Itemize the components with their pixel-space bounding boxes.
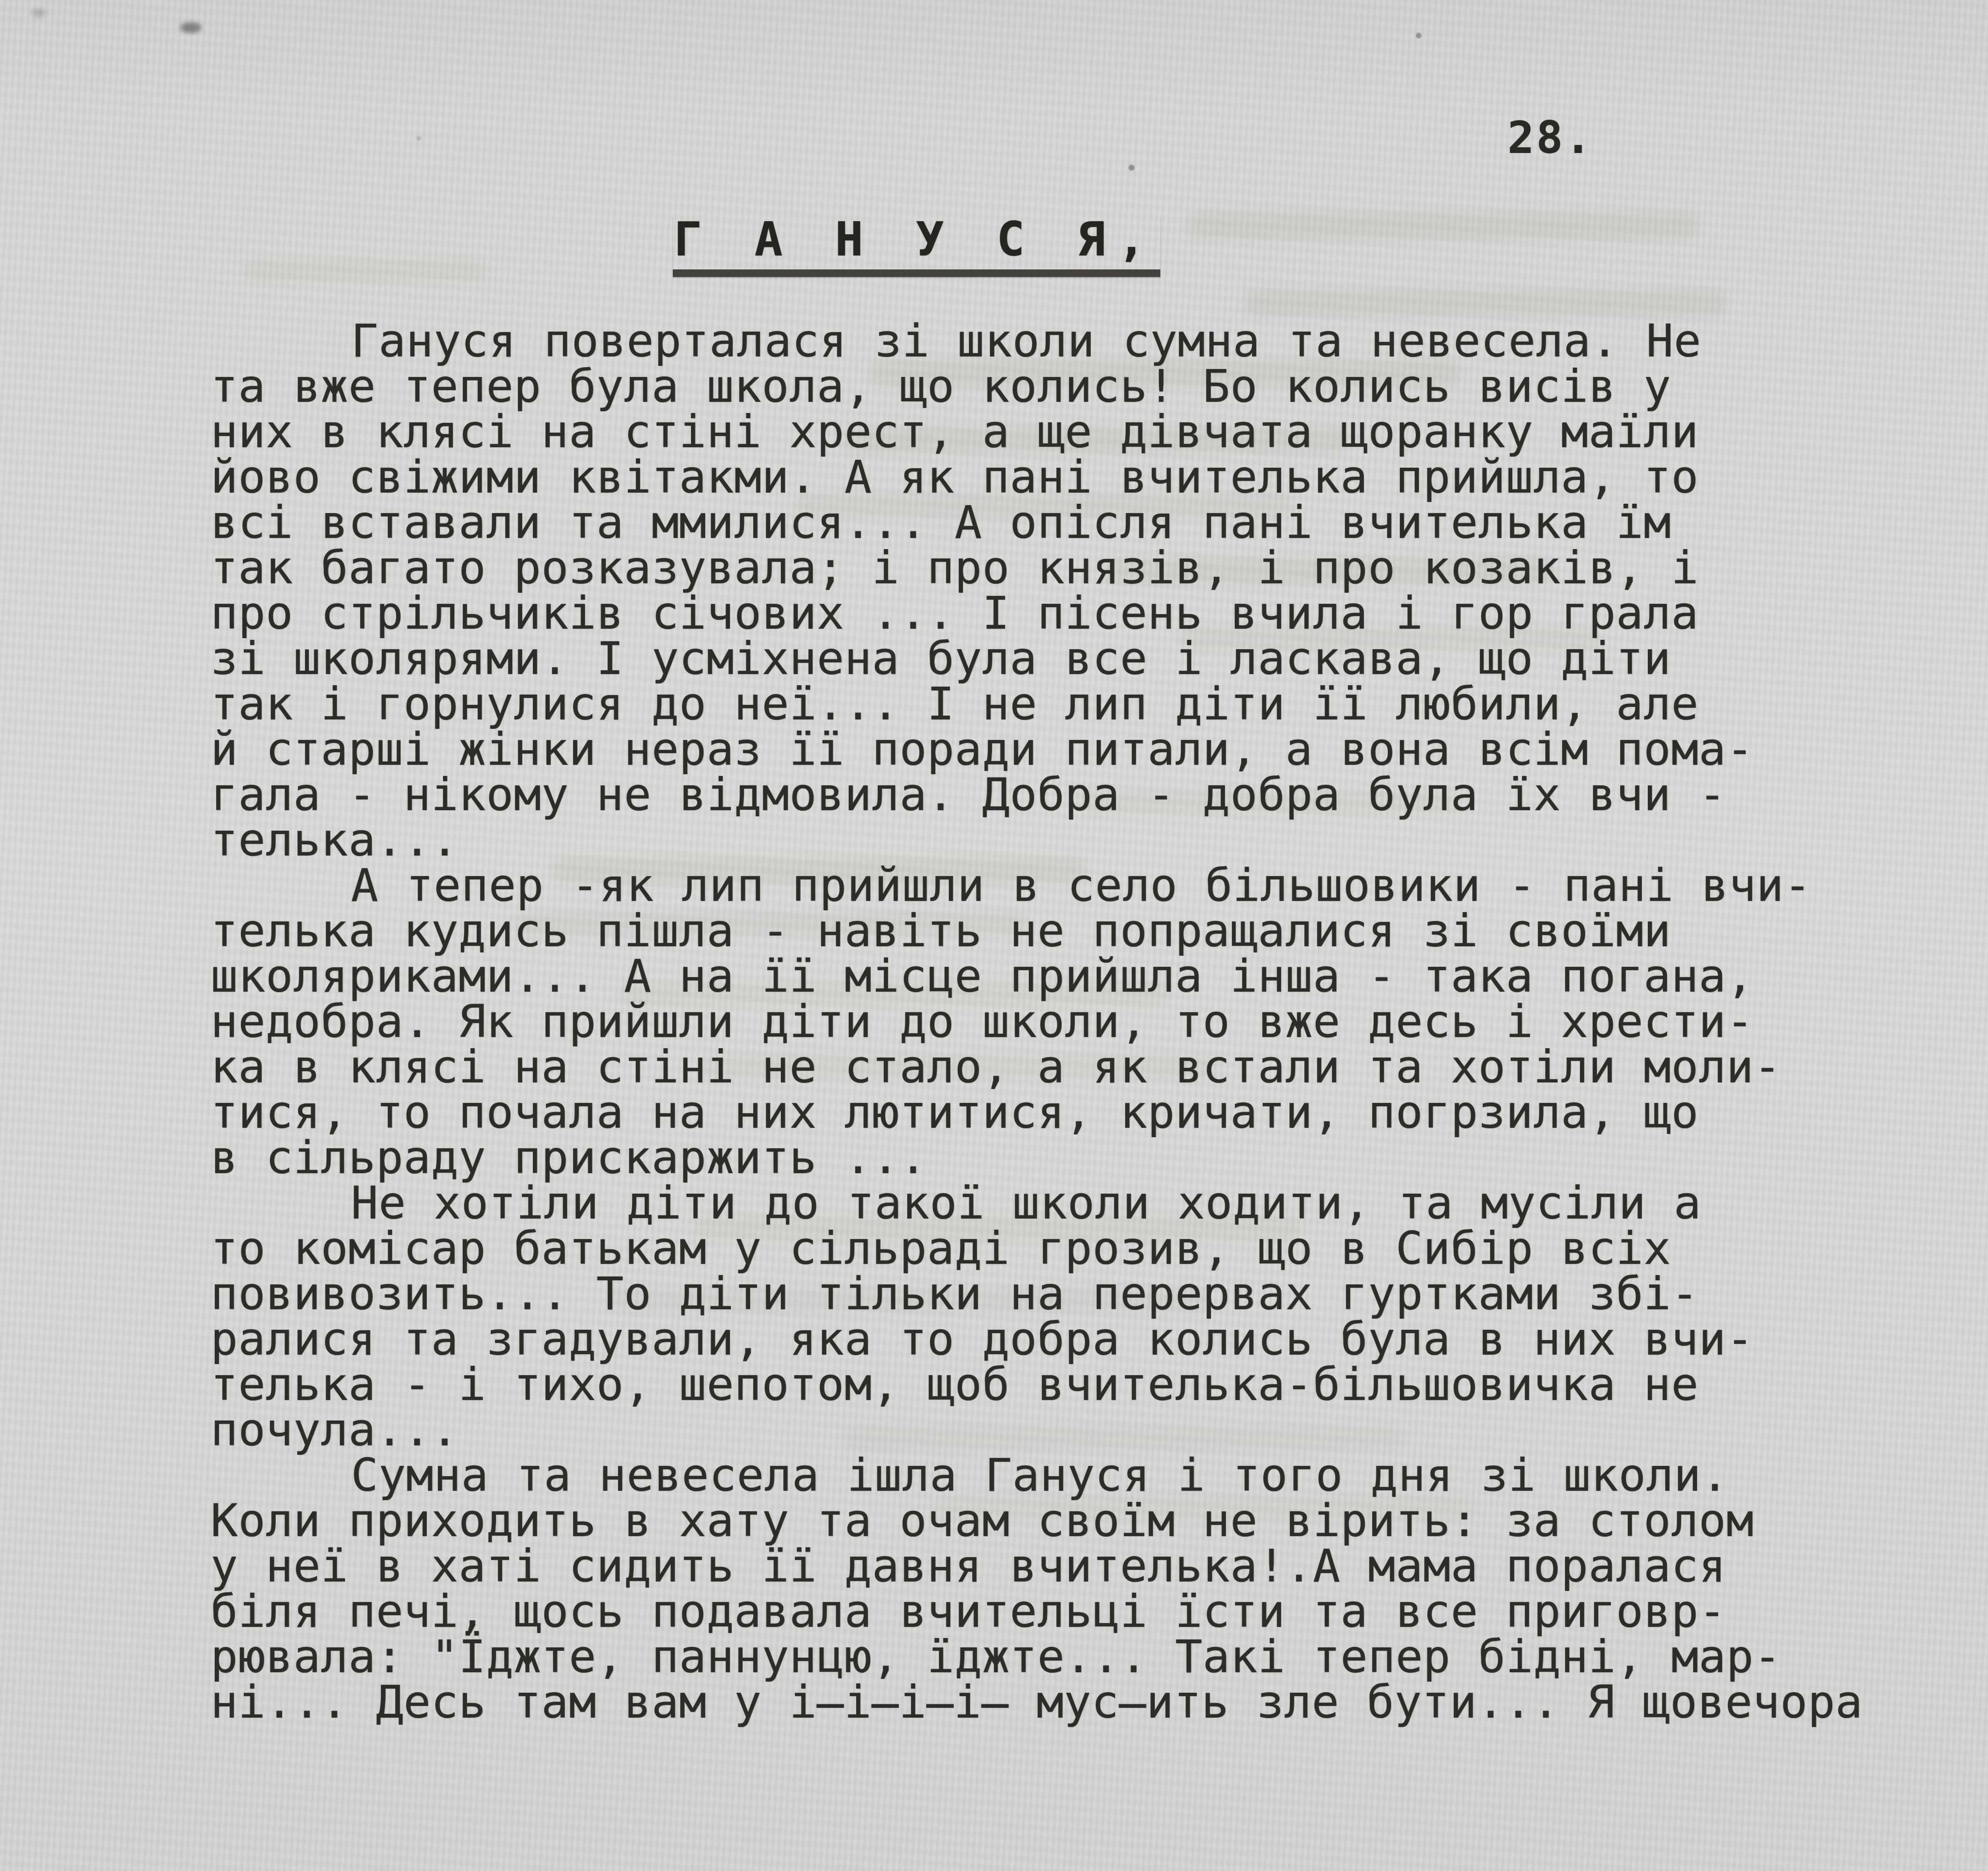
- text-line: у неї в хаті сидить її давня вчителька!.…: [211, 1543, 1876, 1588]
- text-line: ралися та згадували, яка то добра колись…: [211, 1316, 1876, 1362]
- bleedthrough-smudge: [1245, 290, 1726, 316]
- text-line: в сільраду прискаржить ...: [211, 1135, 1876, 1180]
- ink-speck: [416, 137, 421, 140]
- paragraph: Гануся поверталася зі школи сумна та нев…: [211, 318, 1876, 863]
- text-line: них в клясі на стіні хрест, а ще дівчата…: [211, 409, 1876, 454]
- text-line: Не хотіли діти до такої школи ходити, та…: [211, 1180, 1876, 1226]
- text-line: зі школярями. І усміхнена була все і лас…: [211, 636, 1876, 681]
- text-line: всі вставали та ммилися... А опісля пані…: [211, 500, 1876, 545]
- text-line: телька кудись пішла - навіть не попращал…: [211, 908, 1876, 953]
- text-line: то комісар батькам у сільраді грозив, що…: [211, 1226, 1876, 1271]
- document-page: 28. Г А Н У С Я, Гануся поверталася зі ш…: [0, 0, 1988, 1871]
- page-number: 28.: [1507, 112, 1594, 164]
- text-line: ка в клясі на стіні не стало, а як встал…: [211, 1044, 1876, 1089]
- paragraph: А тепер -як лип прийшли в село більшовик…: [211, 863, 1876, 1180]
- text-line: біля печі, щось подавала вчительці їсти …: [211, 1588, 1876, 1634]
- text-line: А тепер -як лип прийшли в село більшовик…: [211, 863, 1876, 908]
- text-line: почула...: [211, 1407, 1876, 1452]
- paragraph: Не хотіли діти до такої школи ходити, та…: [211, 1180, 1876, 1452]
- bleedthrough-smudge: [243, 260, 487, 282]
- ink-speck: [180, 22, 202, 33]
- text-line: Гануся поверталася зі школи сумна та нев…: [211, 318, 1876, 363]
- text-line: повивозить... То діти тільки на перервах…: [211, 1271, 1876, 1316]
- text-line: та вже тепер була школа, що колись! Бо к…: [211, 363, 1876, 409]
- text-line: Сумна та невесела ішла Гануся і того дня…: [211, 1452, 1876, 1498]
- ink-speck: [32, 9, 46, 17]
- text-line: недобра. Як прийшли діти до школи, то вж…: [211, 999, 1876, 1044]
- ink-speck: [1129, 165, 1135, 171]
- text-line: телька - і тихо, шепотом, щоб вчителька-…: [211, 1362, 1876, 1407]
- page-title: Г А Н У С Я,: [673, 216, 1160, 277]
- text-line: й старші жінки нераз її поради питали, а…: [211, 726, 1876, 772]
- text-line: йово свіжими квітакми. А як пані вчитель…: [211, 454, 1876, 500]
- paragraph: Сумна та невесела ішла Гануся і того дня…: [211, 1452, 1876, 1725]
- text-line: гала - нікому не відмовила. Добра - добр…: [211, 772, 1876, 817]
- ink-speck: [1416, 33, 1421, 38]
- text-line: школяриками... А на її місце прийшла інш…: [211, 953, 1876, 999]
- text-line: про стрільчиків січових ... І пісень вчи…: [211, 590, 1876, 636]
- bleedthrough-smudge: [1188, 213, 1698, 239]
- text-line: рювала: "Їджте, паннунцю, їджте... Такі …: [211, 1634, 1876, 1679]
- text-line: тися, то почала на них лютитися, кричати…: [211, 1089, 1876, 1135]
- text-line: ні... Десь там вам у і̶і̶і̶і̶ мус̶ить зл…: [211, 1679, 1876, 1725]
- document-body: Гануся поверталася зі школи сумна та нев…: [211, 318, 1876, 1725]
- text-line: телька...: [211, 817, 1876, 863]
- text-line: так і горнулися до неї... І не лип діти …: [211, 681, 1876, 726]
- text-line: Коли приходить в хату та очам своїм не в…: [211, 1498, 1876, 1543]
- text-line: так багато розказувала; і про князів, і …: [211, 545, 1876, 590]
